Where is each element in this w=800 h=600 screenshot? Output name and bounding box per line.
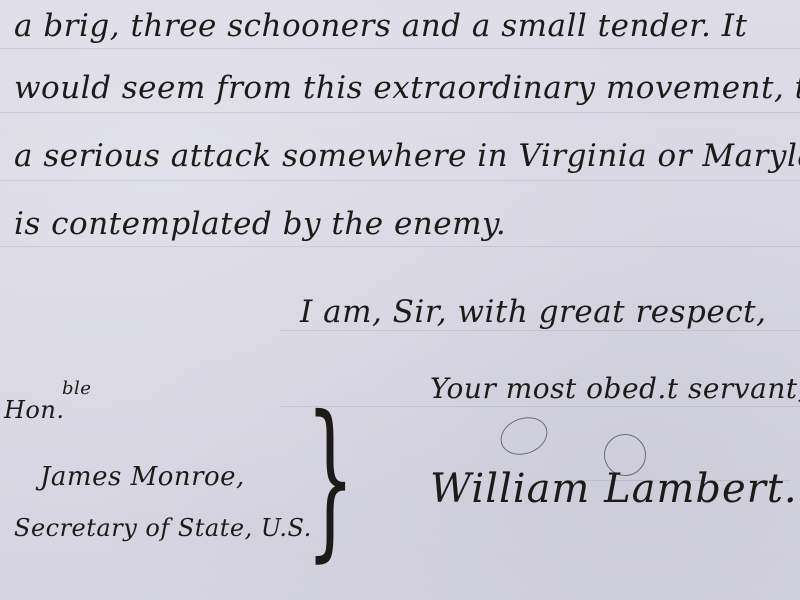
ruled-line xyxy=(0,246,800,247)
closing-servant-line: Your most obed.t servant, xyxy=(430,372,800,405)
letter-body-line-3: a serious attack somewhere in Virginia o… xyxy=(14,138,800,174)
addressee-name: James Monroe, xyxy=(40,462,245,492)
letter-body-line-2: would seem from this extraordinary movem… xyxy=(14,70,800,106)
ruled-line xyxy=(280,330,800,331)
signature: William Lambert. xyxy=(430,466,798,512)
letter-body-line-1: a brig, three schooners and a small tend… xyxy=(14,8,747,44)
closing-salutation: I am, Sir, with great respect, xyxy=(300,294,766,330)
addressee-brace: } xyxy=(306,394,355,564)
addressee-title: Secretary of State, U.S. xyxy=(14,514,312,542)
ruled-line xyxy=(0,180,800,181)
letter-page: a brig, three schooners and a small tend… xyxy=(0,0,800,600)
signature-flourish xyxy=(495,411,552,461)
honorific: Hon. xyxy=(4,396,64,424)
ruled-line xyxy=(0,112,800,113)
honorific-superscript: ble xyxy=(62,378,91,399)
letter-body-line-4: is contemplated by the enemy. xyxy=(14,206,506,242)
ruled-line xyxy=(280,406,800,407)
ruled-line xyxy=(0,48,800,49)
